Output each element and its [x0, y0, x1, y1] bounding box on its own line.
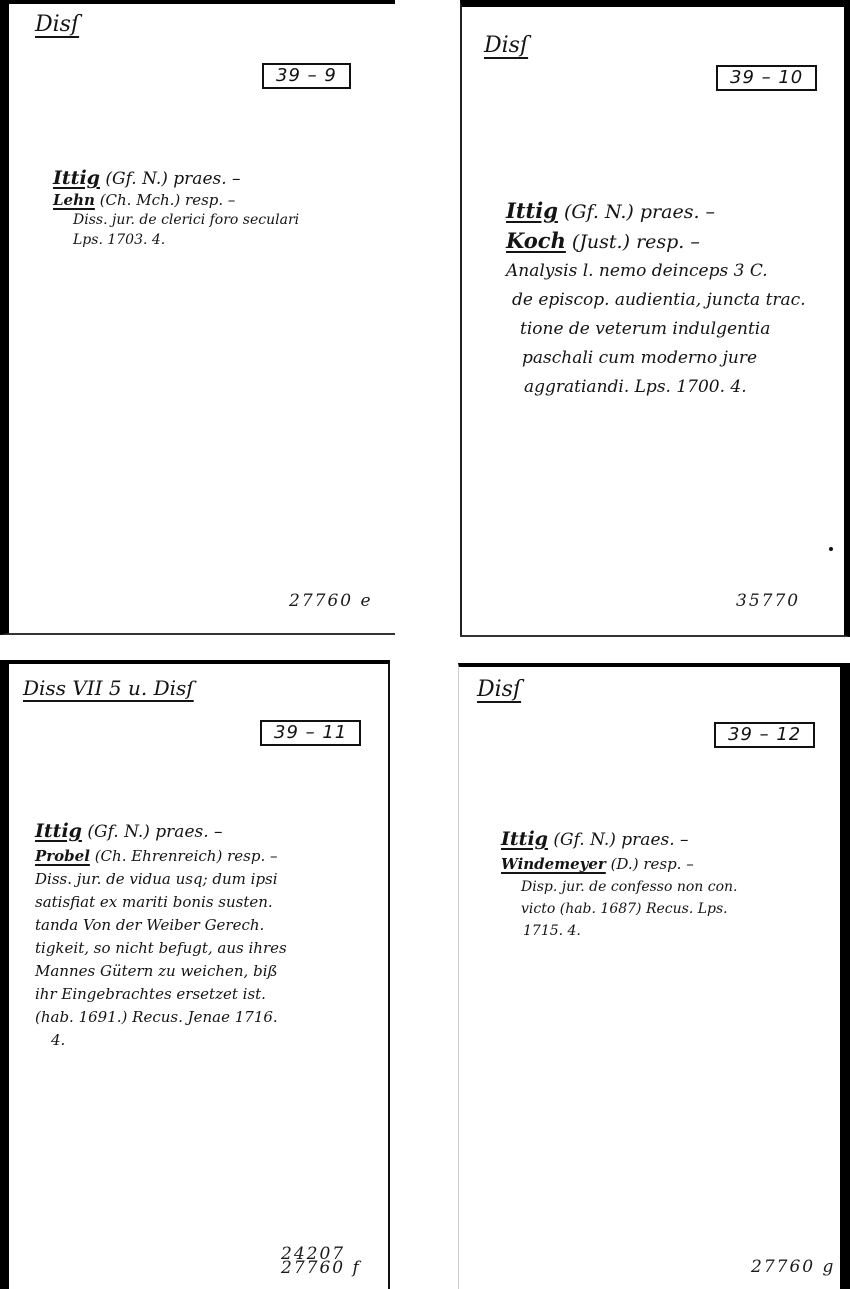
call-number: 39 – 10: [716, 65, 817, 91]
praeses-line: Ittig (Gf. N.) praes. –: [35, 819, 287, 844]
call-number: 39 – 12: [714, 722, 815, 748]
call-number: 39 – 9: [262, 63, 351, 89]
praeses-line: Ittig (Gf. N.) praes. –: [53, 167, 299, 190]
header-mark: Disſ: [477, 677, 521, 702]
title-line: Disp. jur. de confesso non con.: [501, 876, 738, 898]
praeses-name: Ittig: [35, 820, 82, 842]
title-line: Analysis l. nemo deinceps 3 C.: [506, 257, 806, 286]
title-line: de episcop. audientia, juncta trac.: [506, 286, 806, 315]
respondent-role: resp. –: [636, 231, 700, 253]
respondent-given: (Ch. Mch.): [100, 191, 181, 209]
praeses-role: praes. –: [640, 201, 715, 223]
praeses-name: Ittig: [506, 198, 558, 223]
title-line: tanda Von der Weiber Gerech.: [35, 914, 287, 937]
call-number: 39 – 11: [260, 720, 361, 746]
catalog-card-39-11: Diss VII 5 u. Disſ 39 – 11 Ittig (Gf. N.…: [0, 660, 390, 1289]
header-mark: Diss VII 5 u. Disſ: [23, 676, 194, 700]
praeses-given: (Gf. N.): [87, 822, 150, 842]
title-line: ihr Eingebrachtes ersetzet ist.: [35, 983, 287, 1006]
header-mark: Disſ: [484, 33, 528, 58]
catalog-entry: Ittig (Gf. N.) praes. – Windemeyer (D.) …: [501, 827, 738, 942]
title-line: victo (hab. 1687) Recus. Lps.: [501, 898, 738, 920]
respondent-role: resp. –: [227, 847, 277, 865]
respondent-name: Windemeyer: [501, 855, 606, 873]
accession-number: 27760 f: [281, 1261, 361, 1275]
praeses-name: Ittig: [53, 167, 100, 189]
header-mark: Disſ: [35, 12, 79, 37]
respondent-name: Koch: [506, 228, 566, 253]
title-line: paschali cum moderno jure: [506, 344, 806, 373]
respondent-line: Lehn (Ch. Mch.) resp. –: [53, 190, 299, 210]
catalog-entry: Ittig (Gf. N.) praes. – Probel (Ch. Ehre…: [35, 819, 287, 1052]
respondent-name: Probel: [35, 847, 90, 865]
praeses-line: Ittig (Gf. N.) praes. –: [506, 197, 806, 226]
respondent-line: Windemeyer (D.) resp. –: [501, 852, 738, 876]
title-line: tigkeit, so nicht befugt, aus ihres: [35, 937, 287, 960]
title-line: 1715. 4.: [501, 920, 738, 942]
praeses-line: Ittig (Gf. N.) praes. –: [501, 827, 738, 852]
respondent-name: Lehn: [53, 191, 95, 209]
title-line: aggratiandi. Lps. 1700. 4.: [506, 373, 806, 402]
accession-number: 27760 g: [751, 1260, 835, 1274]
praeses-name: Ittig: [501, 828, 548, 850]
praeses-role: praes. –: [155, 822, 222, 842]
praeses-given: (Gf. N.): [564, 201, 634, 223]
catalog-card-39-9: Disſ 39 – 9 Ittig (Gf. N.) praes. – Lehn…: [0, 0, 395, 635]
respondent-given: (Ch. Ehrenreich): [95, 847, 223, 865]
title-line: tione de veterum indulgentia: [506, 315, 806, 344]
respondent-role: resp. –: [185, 191, 235, 209]
title-line: 4.: [35, 1029, 287, 1052]
praeses-role: praes. –: [173, 169, 240, 189]
accession-number: 27760 e: [289, 594, 373, 608]
praeses-given: (Gf. N.): [105, 169, 168, 189]
title-line: Mannes Gütern zu weichen, biß: [35, 960, 287, 983]
respondent-given: (D.): [611, 855, 639, 873]
respondent-line: Probel (Ch. Ehrenreich) resp. –: [35, 844, 287, 868]
title-line: Lps. 1703. 4.: [53, 230, 299, 250]
ink-spot: [829, 547, 833, 551]
praeses-given: (Gf. N.): [553, 830, 616, 850]
respondent-role: resp. –: [643, 855, 693, 873]
praeses-role: praes. –: [621, 830, 688, 850]
title-line: Diss. jur. de vidua usq; dum ipsi: [35, 868, 287, 891]
title-line: Diss. jur. de clerici foro seculari: [53, 210, 299, 230]
accession-number: 35770: [736, 594, 800, 608]
catalog-entry: Ittig (Gf. N.) praes. – Koch (Just.) res…: [506, 197, 806, 402]
catalog-card-39-10: Disſ 39 – 10 Ittig (Gf. N.) praes. – Koc…: [460, 0, 850, 637]
catalog-entry: Ittig (Gf. N.) praes. – Lehn (Ch. Mch.) …: [53, 167, 299, 250]
title-line: (hab. 1691.) Recus. Jenae 1716.: [35, 1006, 287, 1029]
title-line: satisfiat ex mariti bonis susten.: [35, 891, 287, 914]
respondent-given: (Just.): [572, 231, 630, 253]
respondent-line: Koch (Just.) resp. –: [506, 226, 806, 257]
catalog-card-39-12: Disſ 39 – 12 Ittig (Gf. N.) praes. – Win…: [458, 663, 850, 1289]
